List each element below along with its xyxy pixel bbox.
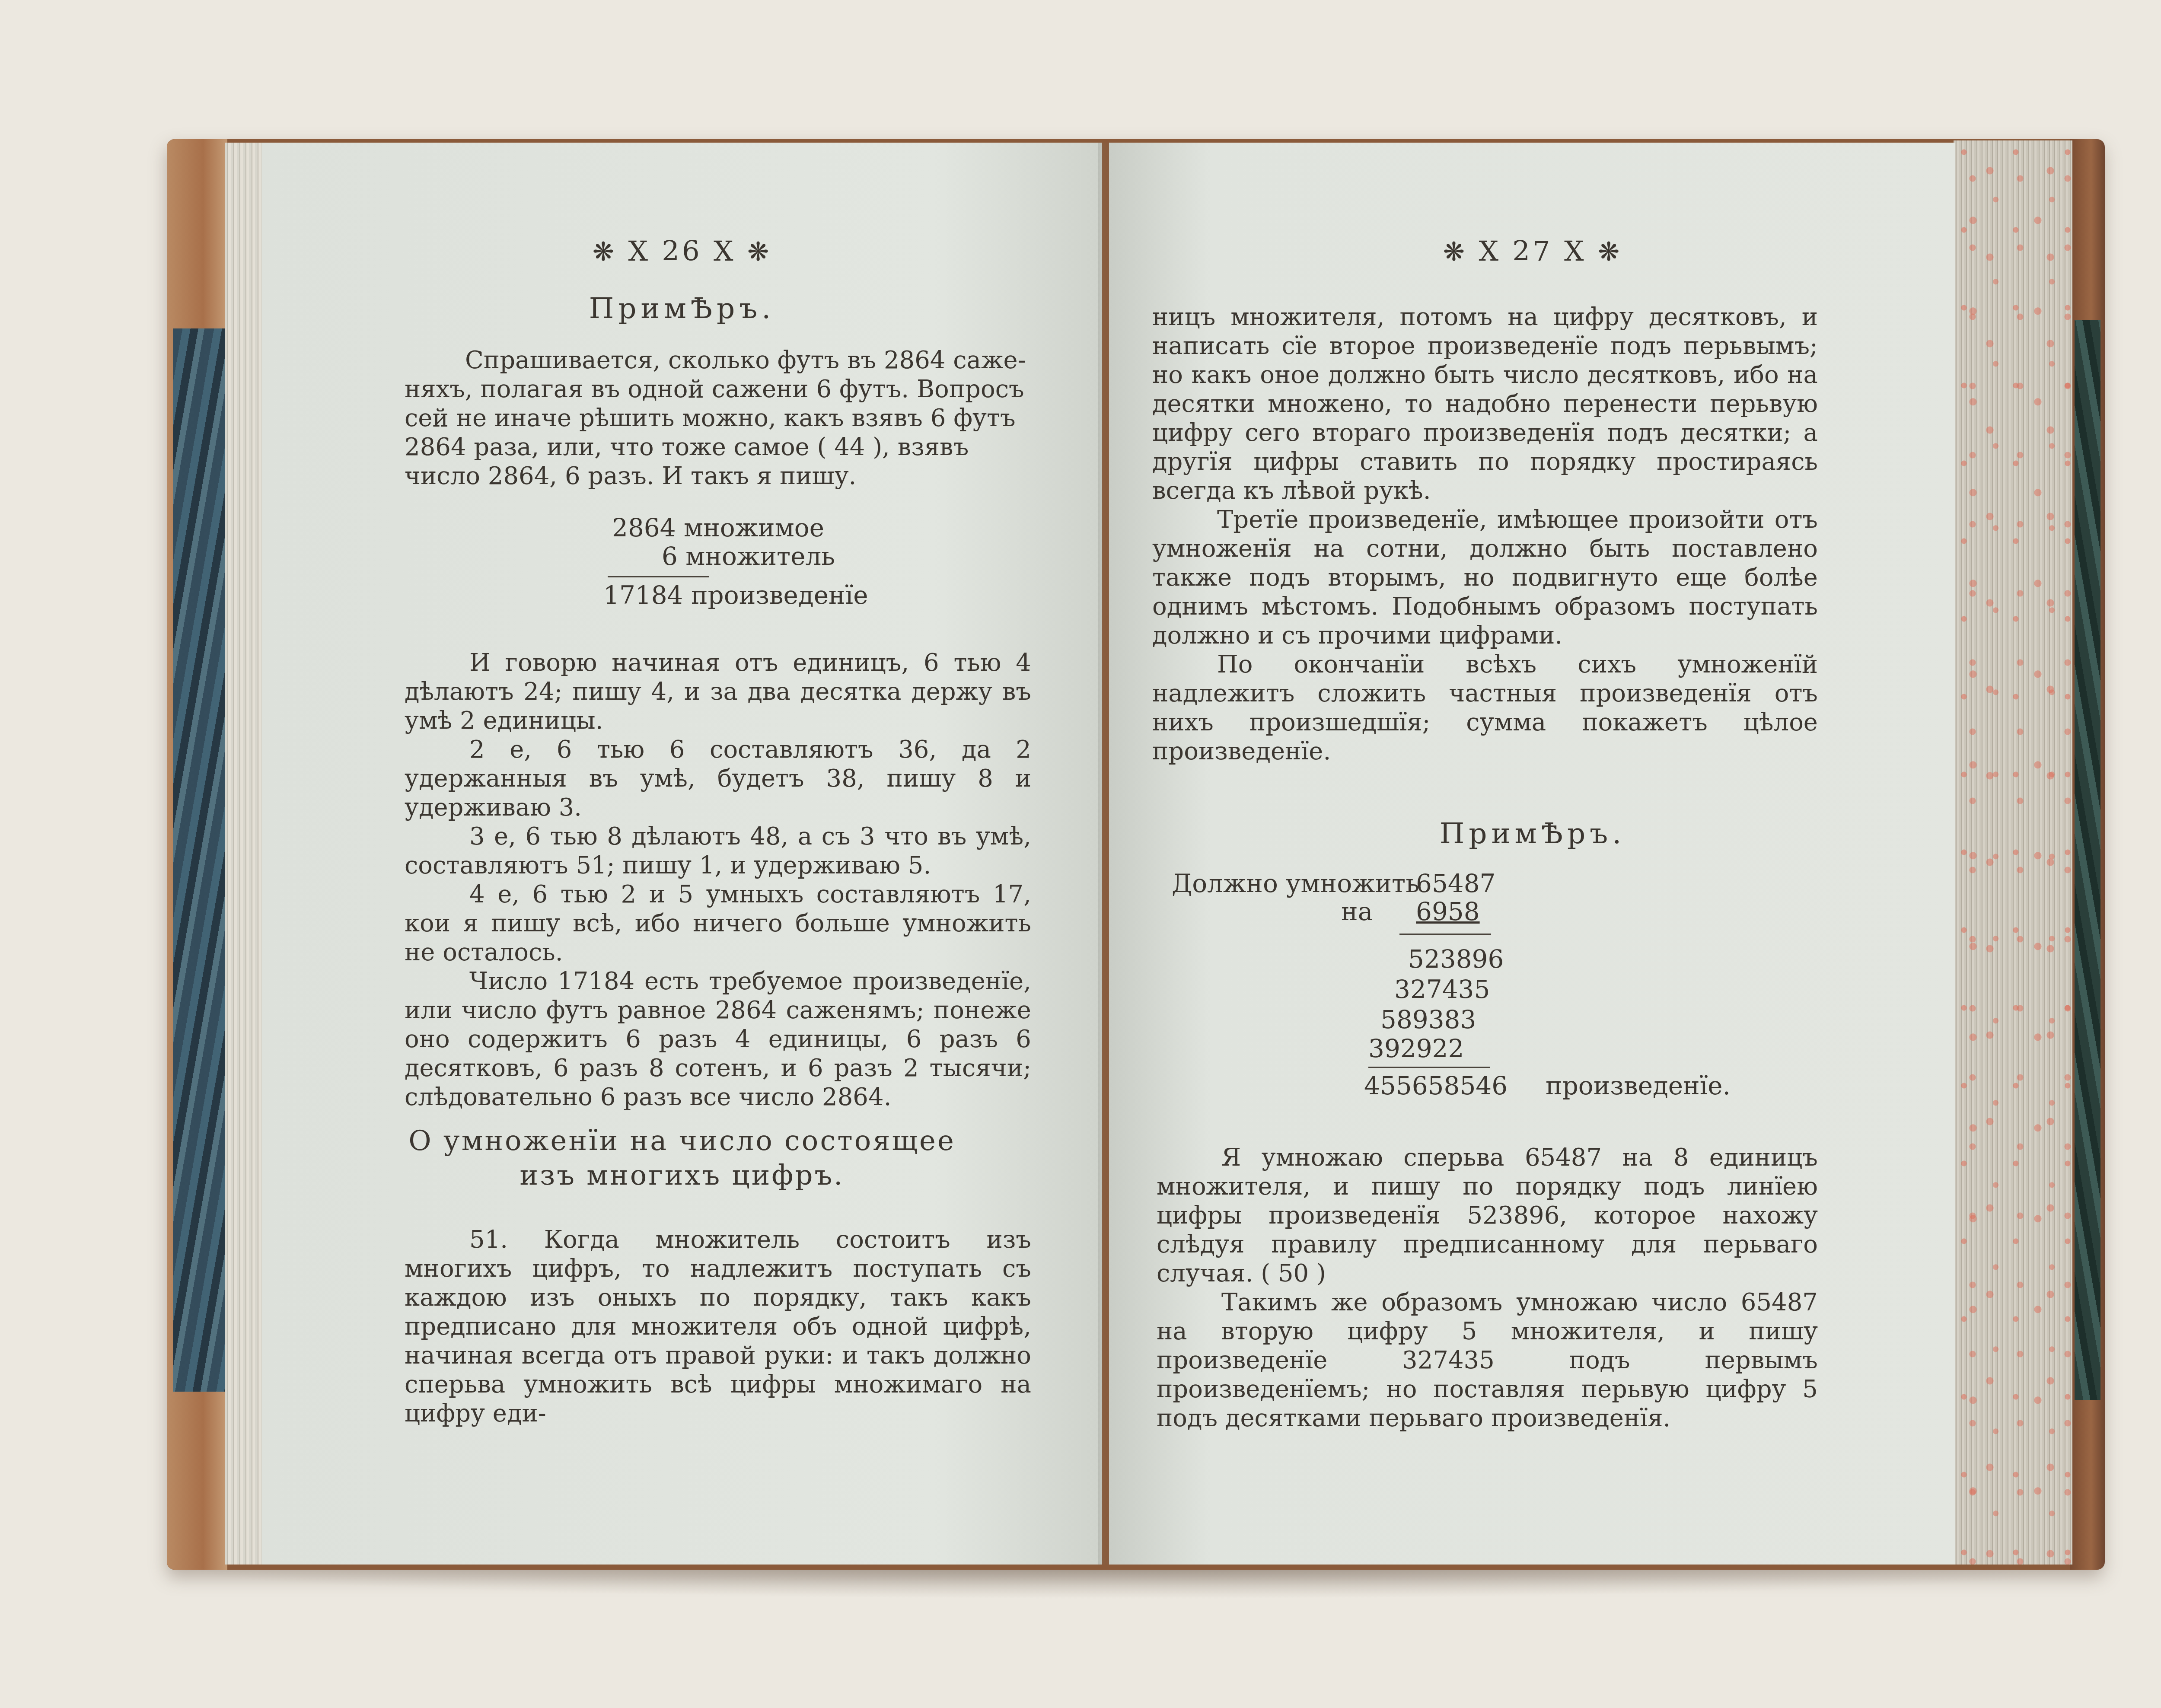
- paragraph: По окончанїи всѣхъ сихъ умноженїй надлеж…: [1152, 650, 1818, 766]
- calc-rule-bottom: [1368, 1067, 1490, 1068]
- line: число 2864, 6 разъ. И такъ я пишу.: [405, 462, 1031, 491]
- intro-paragraph: Спрашивается, сколько футъ въ 2864 саже-…: [405, 346, 1031, 491]
- section-51-text: 51. Когда множитель состоитъ изъ многихъ…: [405, 1225, 1031, 1428]
- calc-multiplier: 6958: [1416, 897, 1480, 926]
- calc-label-multiply: Должно умножить: [1172, 869, 1419, 898]
- example-title: ПримѢръ.: [262, 292, 1102, 325]
- calc-product-label: произведенїе.: [1546, 1071, 1731, 1100]
- partial-product-3: 589383: [1380, 1005, 1476, 1034]
- paragraph: ницъ множителя, потомъ на цифру десятков…: [1152, 303, 1818, 505]
- calc-label-by: на: [1341, 897, 1373, 926]
- line: Спрашивается, сколько футъ въ 2864 саже-: [405, 346, 1031, 375]
- continued-text: ницъ множителя, потомъ на цифру десятков…: [1152, 303, 1818, 766]
- right-page-stack-speckled-edge: [1954, 140, 2072, 1565]
- paragraph: 4 е, 6 тью 2 и 5 умныхъ составляютъ 17, …: [405, 880, 1031, 967]
- paragraph: 51. Когда множитель состоитъ изъ многихъ…: [405, 1225, 1031, 1428]
- paragraph: И говорю начиная отъ единицъ, 6 тью 4 дѣ…: [405, 648, 1031, 735]
- paragraph: Я умножаю сперьва 65487 на 8 единицъ мно…: [1157, 1143, 1818, 1288]
- line: няхъ, полагая въ одной сажени 6 футъ. Во…: [405, 375, 1031, 404]
- right-cover-marbled-paper: [2075, 320, 2100, 1400]
- calc-product: 17184 произведенїе: [603, 580, 868, 610]
- partial-product-1: 523896: [1408, 944, 1504, 974]
- paragraph: Третїе произведенїе, имѣющее произойти о…: [1152, 505, 1818, 650]
- calc-multiplicand: 2864 множимое: [612, 513, 824, 542]
- line: 2864 раза, или, что тоже самое ( 44 ), в…: [405, 433, 1031, 462]
- calc-multiplier: 6 множитель: [662, 542, 835, 571]
- heading-line: О умноженїи на число состоящее: [262, 1124, 1102, 1158]
- page-header-27: ❋ X 27 X ❋: [1109, 236, 1956, 268]
- left-page[interactable]: ❋ X 26 X ❋ ПримѢръ. Спрашивается, скольк…: [262, 143, 1102, 1565]
- partial-product-2: 327435: [1394, 975, 1490, 1004]
- left-cover-marbled-paper: [173, 328, 225, 1392]
- right-page[interactable]: ❋ X 27 X ❋ ницъ множителя, потомъ на циф…: [1109, 143, 1955, 1565]
- heading-line: изъ многихъ цифръ.: [262, 1158, 1102, 1193]
- paragraph: Число 17184 есть требуемое произведенїе,…: [405, 967, 1031, 1112]
- page-number: X 26 X: [628, 236, 736, 268]
- page-number: X 27 X: [1479, 236, 1586, 268]
- paragraph: Такимъ же образомъ умножаю число 65487 н…: [1157, 1288, 1818, 1433]
- calc-multiplicand: 65487: [1416, 869, 1496, 898]
- left-page-stack-edge: [225, 143, 264, 1565]
- explanation-text: И говорю начиная отъ единицъ, 6 тью 4 дѣ…: [405, 648, 1031, 1112]
- partial-product-4: 392922: [1368, 1034, 1464, 1063]
- paragraph: 3 е, 6 тью 8 дѣлаютъ 48, а съ 3 что въ у…: [405, 822, 1031, 880]
- calc-product: 455658546: [1364, 1071, 1508, 1100]
- section-heading: О умноженїи на число состоящее изъ многи…: [262, 1124, 1102, 1193]
- ornament-icon: ❋: [593, 237, 617, 267]
- example-title: ПримѢръ.: [1109, 817, 1956, 850]
- ornament-icon: ❋: [747, 237, 771, 267]
- paragraph: 2 е, 6 тью 6 составляютъ 36, да 2 удержа…: [405, 735, 1031, 822]
- page-header-26: ❋ X 26 X ❋: [262, 236, 1102, 268]
- ornament-icon: ❋: [1443, 237, 1467, 267]
- calc-rule: [608, 576, 709, 577]
- closing-text: Я умножаю сперьва 65487 на 8 единицъ мно…: [1157, 1143, 1818, 1433]
- line: сей не иначе рѣшить можно, какъ взявъ 6 …: [405, 404, 1031, 433]
- ornament-icon: ❋: [1598, 237, 1622, 267]
- calc-rule-top: [1399, 934, 1491, 935]
